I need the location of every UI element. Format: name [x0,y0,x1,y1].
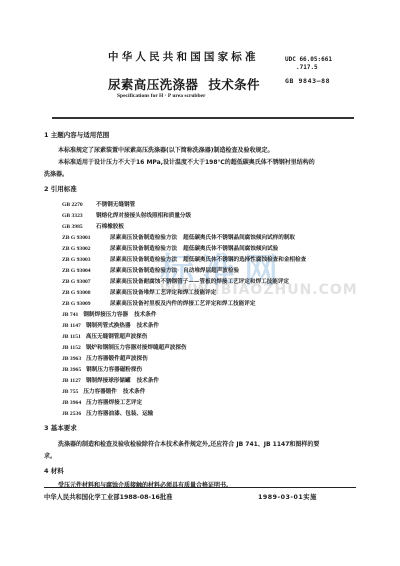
reference-item: JB 3964压力容器焊接工艺评定 [62,398,142,406]
reference-item: JB 1147钢制列管式换热器技术条件 [62,321,159,329]
paragraph: 洗涤器。 [44,169,68,178]
udc-code-line1: UDC 66.05:661 [285,56,332,63]
reference-item: JB 741钢制焊接压力容器技术条件 [62,310,156,318]
title-part2: 技术条件 [208,77,260,92]
paragraph: 求。 [44,451,56,460]
reference-item: JB 755压力容器锻件技术条件 [62,387,145,395]
reference-item: JB 1151高压无缝钢管超声波探伤 [62,332,147,340]
english-subtitle: Specifications for H · P urea scrubber [117,93,205,99]
reference-item: JB 2536压力容器油漆、包装、运输 [62,409,153,417]
approval-date: 中华人民共和国化学工业部1988-08-16批准 [44,492,172,501]
reference-item: ZB G 93009尿素高压设备衬里板及内件的焊接工艺评定和焊工技能评定 [62,299,255,307]
national-standard-label: 中华人民共和国国家标准 [108,49,259,64]
document-page: 标准网 WWW.IBIAOZHUN.COM 中华人民共和国国家标准 UDC 66… [0,0,400,566]
reference-item: JB 3965钢制压力容器磁粉探伤 [62,365,142,373]
title-part1: 尿素高压洗涤器 [108,77,198,92]
section-heading: 2 引用标准 [44,184,77,193]
paragraph: 本标准适用于设计压力不大于16 MPa,设计温度不大于198℃的超低碳奥氏体不锈… [58,157,315,166]
reference-item: GB 2270不锈钢无缝钢管 [62,200,135,208]
reference-item: JB 3963压力容器锻件超声波探伤 [62,354,148,362]
section-heading: 3 基本要求 [44,423,77,432]
reference-item: ZB G 93001尿素高压设备制造检验方法超低碳奥氏体不锈钢晶间腐蚀倾向试样的… [62,233,295,241]
standard-number: GB 9843—88 [285,77,330,85]
reference-item: ZB G 93007尿素高压设备耐腐蚀不锈钢管子——管板的焊接工艺评定和焊工技能… [62,277,289,285]
reference-item: ZB G 93002尿素高压设备制造检验方法超低碳奥氏体不锈钢晶间腐蚀倾向试验 [62,244,278,252]
document-title: 尿素高压洗涤器技术条件 [108,75,260,93]
reference-item: GB 3985石棉橡胶板 [62,222,124,230]
effective-date: 1989-03-01实施 [258,492,317,501]
section-heading: 4 材料 [44,466,64,475]
section-heading: 1 主题内容与适用范围 [44,130,109,139]
footer-divider [44,487,356,488]
reference-item: ZB G 93003尿素高压设备制造检验方法超低碳奥氏体不锈钢的选择性腐蚀检查和… [62,255,306,263]
paragraph: 本标准规定了尿素装置中尿素高压洗涤器(以下简称洗涤器)制造检查及验收规定。 [58,145,274,154]
reference-item: GB 3323钢熔化焊对接接头射线照相和质量分级 [62,211,191,219]
header-divider [52,117,354,119]
paragraph: 洗涤器的制造和检查及验收检验除符合本技术条件规定外,还应符合 JB 741、JB… [58,439,319,448]
reference-item: ZB G 93004尿素高压设备制造检验方法自动堆焊层超声波检验 [62,266,239,274]
udc-code-line2: .717.5 [296,64,318,71]
reference-item: JB 1127钢制焊接球形储罐技术条件 [62,376,159,384]
reference-item: JB 1152锅炉和钢制压力容器对接焊缝超声波探伤 [62,343,187,351]
reference-item: ZB G 93008尿素高压设备堆焊工艺评定和焊工技能评定 [62,288,216,296]
